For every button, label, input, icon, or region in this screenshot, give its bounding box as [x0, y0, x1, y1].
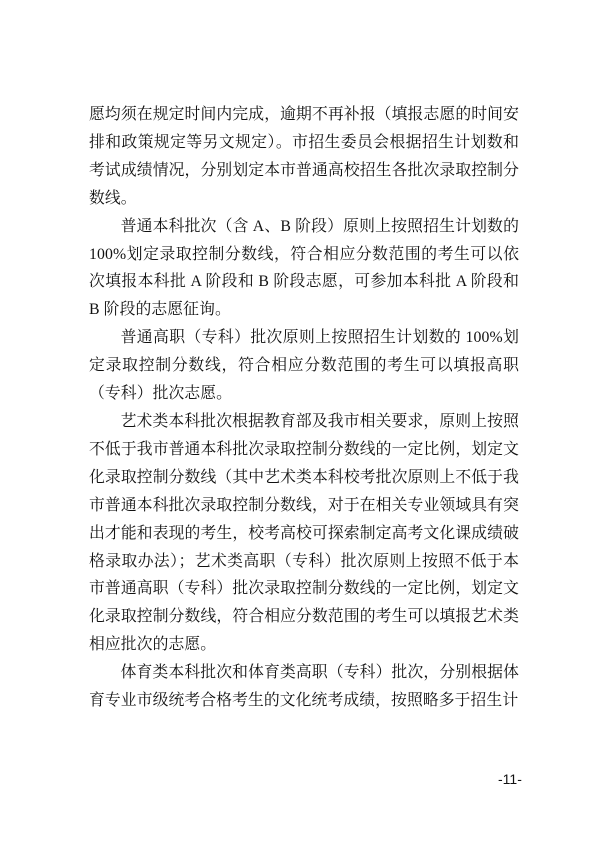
text-block: 愿均须在规定时间内完成，逾期不再补报（填报志愿的时间安排和政策规定等另文规定）。…: [89, 101, 519, 715]
document-page: 愿均须在规定时间内完成，逾期不再补报（填报志愿的时间安排和政策规定等另文规定）。…: [0, 0, 595, 842]
paragraph-sports-batch: 体育类本科批次和体育类高职（专科）批次，分别根据体育专业市级统考合格考生的文化统…: [89, 659, 519, 715]
paragraph-benke-batch: 普通本科批次（含 A、B 阶段）原则上按照招生计划数的 100%划定录取控制分数…: [89, 213, 519, 325]
paragraph-gaozhi-batch: 普通高职（专科）批次原则上按照招生计划数的 100%划定录取控制分数线，符合相应…: [89, 324, 519, 408]
page-number: -11-: [498, 771, 522, 787]
paragraph-continuation: 愿均须在规定时间内完成，逾期不再补报（填报志愿的时间安排和政策规定等另文规定）。…: [89, 101, 519, 213]
paragraph-arts-batch: 艺术类本科批次根据教育部及我市相关要求，原则上按照不低于我市普通本科批次录取控制…: [89, 408, 519, 659]
